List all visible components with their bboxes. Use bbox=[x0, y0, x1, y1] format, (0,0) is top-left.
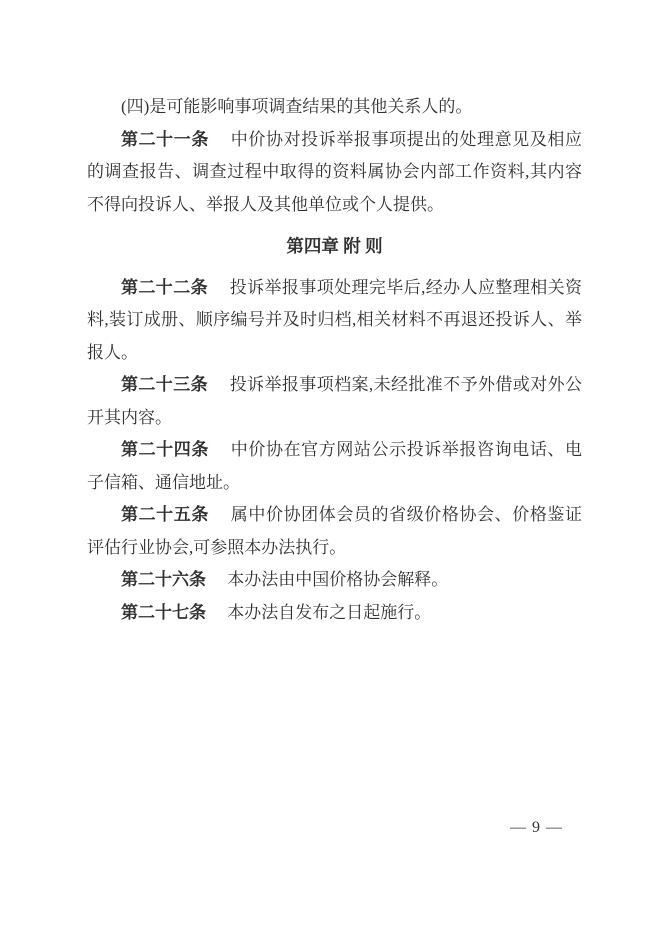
article-26-label: 第二十六条 bbox=[121, 570, 206, 589]
article-21: 第二十一条 中价协对投诉举报事项提出的处理意见及相应的调查报告、调查过程中取得的… bbox=[87, 124, 582, 222]
article-26: 第二十六条 本办法由中国价格协会解释。 bbox=[87, 564, 582, 597]
article-25-label: 第二十五条 bbox=[121, 505, 209, 524]
document-page: (四)是可能影响事项调查结果的其他关系人的。 第二十一条 中价协对投诉举报事项提… bbox=[0, 0, 661, 935]
article-23: 第二十三条 投诉举报事项档案,未经批准不予外借或对外公开其内容。 bbox=[87, 369, 582, 434]
article-22-label: 第二十二条 bbox=[121, 278, 208, 297]
article-24: 第二十四条 中价协在官方网站公示投诉举报咨询电话、电子信箱、通信地址。 bbox=[87, 434, 582, 499]
article-23-label: 第二十三条 bbox=[121, 375, 208, 394]
document-body: (四)是可能影响事项调查结果的其他关系人的。 第二十一条 中价协对投诉举报事项提… bbox=[87, 91, 582, 629]
list-item-four: (四)是可能影响事项调查结果的其他关系人的。 bbox=[87, 91, 582, 124]
article-22: 第二十二条 投诉举报事项处理完毕后,经办人应整理相关资料,装订成册、顺序编号并及… bbox=[87, 272, 582, 370]
article-24-label: 第二十四条 bbox=[121, 440, 209, 459]
article-27-label: 第二十七条 bbox=[121, 603, 206, 622]
article-27: 第二十七条 本办法自发布之日起施行。 bbox=[87, 597, 582, 630]
article-26-text: 本办法由中国价格协会解释。 bbox=[227, 570, 448, 589]
article-27-text: 本办法自发布之日起施行。 bbox=[227, 603, 431, 622]
chapter-4-heading: 第四章 附 则 bbox=[87, 230, 582, 263]
article-21-label: 第二十一条 bbox=[121, 130, 209, 149]
article-25: 第二十五条 属中价协团体会员的省级价格协会、价格鉴证评估行业协会,可参照本办法执… bbox=[87, 499, 582, 564]
page-number: — 9 — bbox=[510, 816, 563, 840]
list-item-four-text: (四)是可能影响事项调查结果的其他关系人的。 bbox=[121, 97, 472, 116]
